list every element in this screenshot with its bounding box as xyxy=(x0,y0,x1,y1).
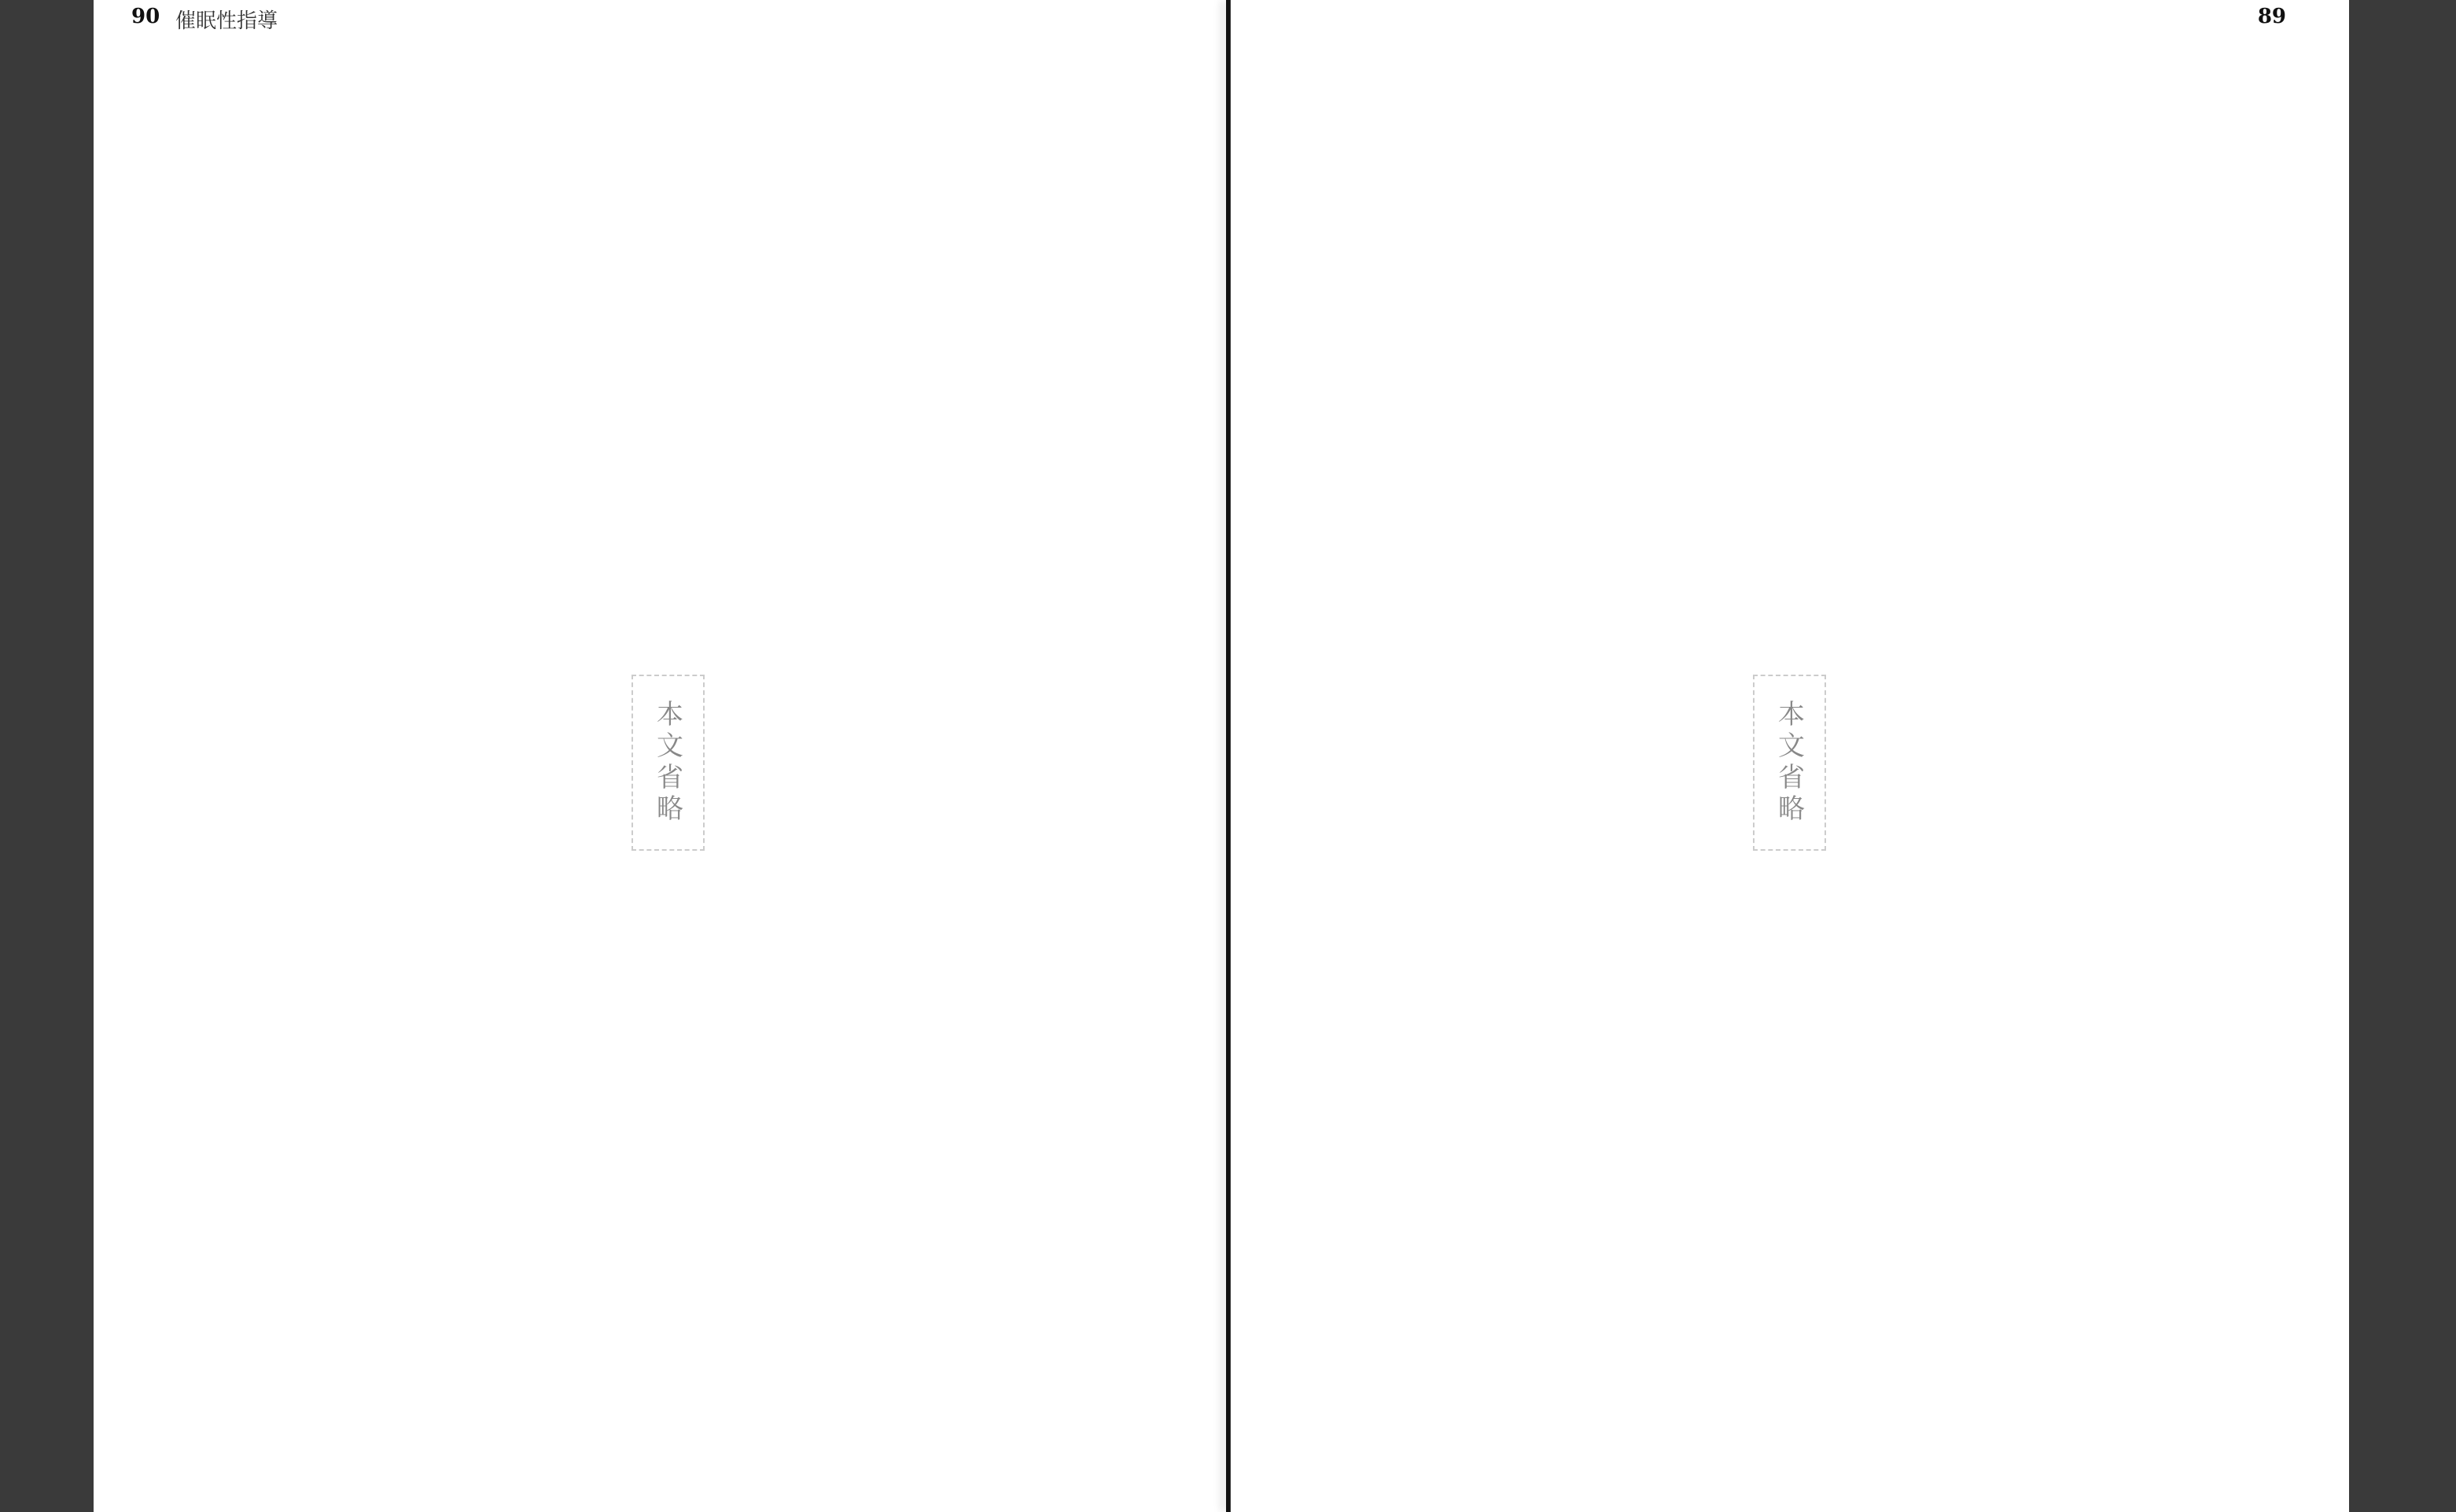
page-number-right: 89 xyxy=(2258,5,2286,28)
page-gutter xyxy=(1226,0,1230,1512)
body-placeholder: 本文省略 xyxy=(631,675,705,851)
right-page-body: 本文省略 xyxy=(1278,55,2300,1470)
page-number-left: 90 xyxy=(131,5,160,28)
left-page: 90 催眠性指導 本文省略 xyxy=(94,0,1228,1512)
running-head: 催眠性指導 xyxy=(175,5,278,34)
left-page-body: 本文省略 xyxy=(156,55,1179,1470)
right-page: 89 本文省略 xyxy=(1231,0,2349,1512)
body-placeholder: 本文省略 xyxy=(1753,675,1826,851)
